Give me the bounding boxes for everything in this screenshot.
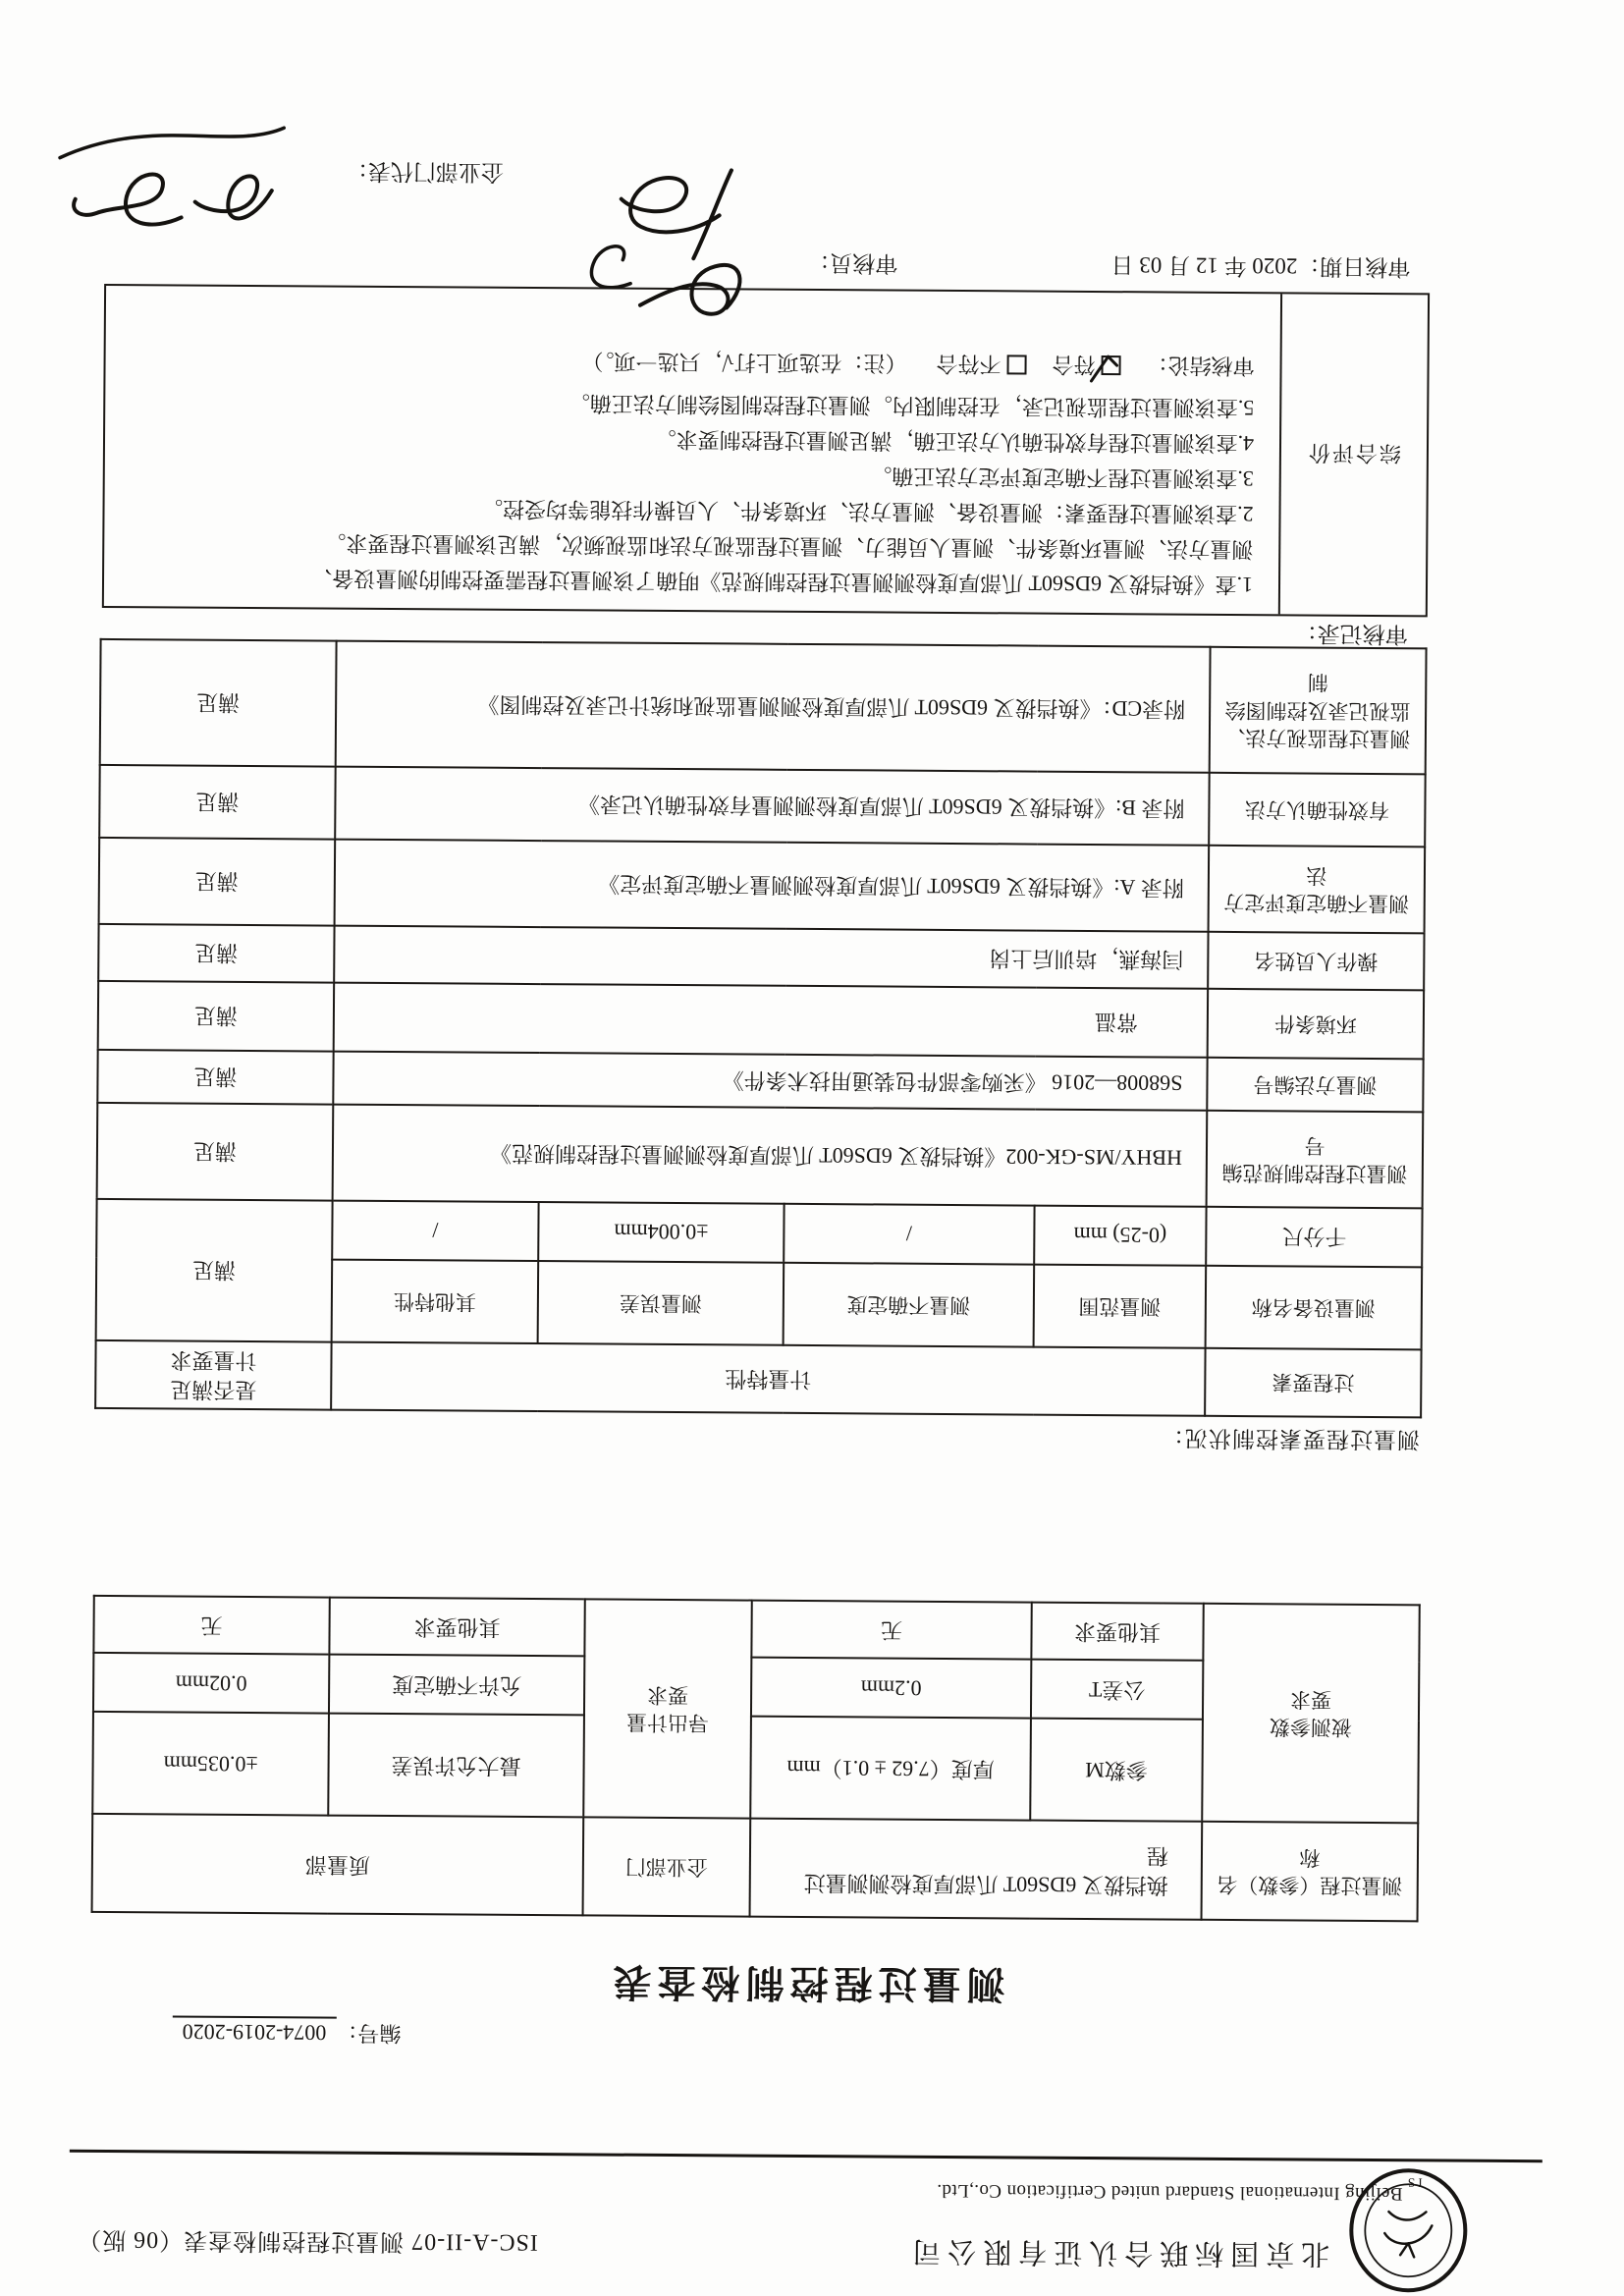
error-value: ±0.004mm (538, 1202, 784, 1263)
enterprise-rep-signature (43, 85, 299, 254)
row-content: 附录 B:《换挡拨叉 6DS60T 爪部厚度检测测量有效性确认记录》 (335, 766, 1210, 845)
uncertainty-value: / (784, 1203, 1034, 1264)
svg-text:I S: I S (1408, 2175, 1423, 2190)
audit-date-line: 审核日期：2020 年 12 月 03 日 (1110, 250, 1410, 285)
status-cell: 满足 (99, 838, 336, 926)
row-content: HBHY/MS-GK-002《换挡拨叉 6DS60T 爪部厚度检测测量过程控制规… (333, 1104, 1208, 1206)
row-label: 测量过程监视方法、监视记录及控制图绘制 (1210, 646, 1427, 774)
company-name-en: Beijing International Standard united Ce… (937, 2179, 1403, 2204)
row-label: 操作人员姓名 (1208, 931, 1424, 990)
param-m-label: 参数M (1030, 1719, 1203, 1822)
range-value: (0-25) mm (1034, 1205, 1206, 1265)
other-req-label: 其他要求 (1031, 1603, 1203, 1661)
status-cell: 满足 (98, 924, 334, 983)
audit-date-value: 2020 年 12 月 03 日 (1110, 252, 1297, 278)
row-label: 有效性确认方法 (1209, 772, 1426, 847)
process-name-label: 测量过程（参数）名称 (1202, 1822, 1419, 1922)
other-characteristic-label: 其他特性 (332, 1259, 539, 1342)
tolerance-label: 公差T (1031, 1660, 1203, 1720)
table-row: 操作人员姓名 闫海燕，培训后上岗 满足 (98, 924, 1424, 990)
row-content: S68008—2016 《采购零部件包装通用技术条件》 (333, 1051, 1207, 1110)
document-sheet: I S 北京国标联合认证有限公司 Beijing International S… (0, 0, 1624, 2296)
audit-conclusion-line: 审核结论： 符合 不符合 （注：在选项上打√，只选一项。） (115, 344, 1254, 382)
overall-evaluation-label: 综合评价 (1278, 294, 1428, 615)
table-row: 测量过程控制规范编号 HBHY/MS-GK-002《换挡拨叉 6DS60T 爪部… (97, 1103, 1424, 1208)
mpe-label: 最大允许误差 (328, 1714, 584, 1818)
table-row: 有效性确认方法 附录 B:《换挡拨叉 6DS60T 爪部厚度检测测量有效性确认记… (99, 765, 1425, 847)
col-process-element: 过程要素 (1205, 1347, 1421, 1417)
parameter-table: 测量过程（参数）名称 换挡拨叉 6DS60T 爪部厚度检测测量过程 企业部门 质… (91, 1595, 1421, 1922)
status-cell: 满足 (97, 1103, 334, 1201)
derived-req-label: 导出计量要求 (583, 1599, 752, 1818)
mpe-value: ±0.035mm (92, 1712, 329, 1816)
doc-number: 编号：0074-2019-2020 (173, 2017, 402, 2050)
audit-conclusion-label: 审核结论： (1146, 351, 1254, 382)
checked-checkbox-icon (1101, 356, 1120, 376)
other-req2-label: 其他要求 (329, 1598, 584, 1657)
status-cell: 满足 (99, 765, 336, 840)
row-label: 环境条件 (1208, 988, 1424, 1059)
row-content: 常温 (334, 982, 1208, 1057)
row-content: 闫海燕，培训后上岗 (334, 925, 1208, 988)
table-row: 测量过程监视方法、监视记录及控制图绘制 附录CD：《换挡拨叉 6DS60T 爪部… (100, 639, 1427, 774)
table-row: 测量过程（参数）名称 换挡拨叉 6DS60T 爪部厚度检测测量过程 企业部门 质… (92, 1814, 1419, 1921)
error-label: 测量误差 (538, 1261, 785, 1345)
table-row: 测量方法编号 S68008—2016 《采购零部件包装通用技术条件》 满足 (97, 1050, 1423, 1112)
unchecked-checkbox-icon (1006, 355, 1026, 375)
allowed-uncertainty-label: 允许不确定度 (329, 1655, 584, 1716)
header-rule (70, 2150, 1543, 2162)
other-req2-value: 无 (93, 1596, 329, 1655)
table-row: 被测参数要求 参数M 厚度（7.62 ± 0.1）mm 导出计量要求 最大允许误… (92, 1712, 1419, 1823)
status-cell: 满足 (97, 1050, 333, 1105)
doc-number-label: 编号： (336, 2021, 401, 2046)
device-name-value: 千分尺 (1206, 1206, 1422, 1267)
status-cell: 满足 (96, 1199, 333, 1342)
row-label: 测量过程控制规范编号 (1207, 1110, 1424, 1208)
other-characteristic-value: / (332, 1200, 538, 1260)
uncertainty-label: 测量不确定度 (784, 1262, 1035, 1346)
row-label: 测量不确定度评定方法 (1209, 845, 1426, 933)
row-label: 测量方法编号 (1207, 1057, 1423, 1112)
process-elements-table: 过程要素 计量特性 是否满足计量要求 测量设备名称 测量范围 测量不确定度 测量… (94, 638, 1427, 1419)
dept-label: 企业部门 (583, 1817, 751, 1916)
auditor-label: 审核员： (807, 248, 897, 282)
dept-value: 质量部 (92, 1814, 584, 1915)
col-meets-requirement: 是否满足计量要求 (95, 1340, 331, 1410)
fail-option-label: 不符合 (936, 350, 1001, 380)
page-title: 测量过程控制检查表 (0, 1952, 1618, 2019)
enterprise-rep-label: 企业部门代表： (346, 157, 504, 191)
table-row: 测量设备名称 测量范围 测量不确定度 测量误差 其他特性 满足 (96, 1258, 1423, 1349)
table-row: 环境条件 常温 满足 (98, 981, 1424, 1059)
range-label: 测量范围 (1034, 1264, 1207, 1347)
col-metrological-characteristic: 计量特性 (331, 1341, 1205, 1416)
auditor-signature (542, 126, 789, 344)
company-name-cn: 北京国标联合认证有限公司 (905, 2233, 1329, 2276)
status-cell: 满足 (98, 981, 334, 1052)
doc-number-value: 0074-2019-2020 (173, 2015, 337, 2045)
tolerance-value: 0.2mm (751, 1658, 1031, 1719)
document-code: ISC-A-II-07 测量过程控制检查表（06 版） (77, 2225, 538, 2263)
status-cell: 满足 (100, 639, 337, 767)
section-heading: 测量过程要素控制状况： (1161, 1423, 1420, 1457)
table-row: 测量不确定度评定方法 附录 A:《换挡拨叉 6DS60T 爪部厚度检测测量不确定… (99, 838, 1426, 933)
audit-record-heading: 审核记录： (1295, 619, 1408, 652)
measured-param-req-label: 被测参数要求 (1202, 1604, 1420, 1824)
scanned-page: I S 北京国标联合认证有限公司 Beijing International S… (0, 0, 1624, 2296)
table-row: 过程要素 计量特性 是否满足计量要求 (95, 1340, 1421, 1418)
process-name-value: 换挡拨叉 6DS60T 爪部厚度检测测量过程 (750, 1819, 1203, 1920)
allowed-uncertainty-value: 0.02mm (93, 1653, 329, 1714)
row-content: 附录 A:《换挡拨叉 6DS60T 爪部厚度检测测量不确定度评定》 (335, 839, 1210, 931)
audit-date-label: 审核日期： (1297, 253, 1410, 279)
device-name-label: 测量设备名称 (1206, 1265, 1423, 1349)
row-content: 附录CD：《换挡拨叉 6DS60T 爪部厚度检测测量监视和统计记录及控制图》 (336, 640, 1211, 772)
param-m-value: 厚度（7.62 ± 0.1）mm (750, 1717, 1031, 1821)
conclusion-note: （注：在选项上打√，只选一项。） (581, 347, 906, 379)
other-req-value: 无 (751, 1601, 1031, 1660)
